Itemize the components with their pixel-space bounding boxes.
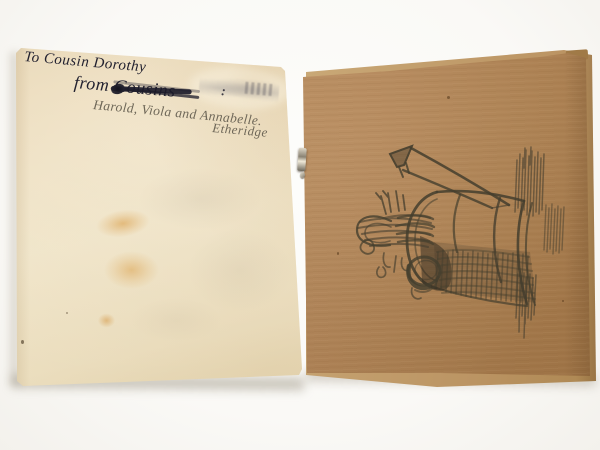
paper-fleck [562, 300, 564, 302]
rust-stain [95, 311, 118, 330]
paper-speck [21, 340, 24, 344]
ghost-impression [130, 298, 222, 342]
paper-fleck [337, 252, 339, 255]
photo-of-open-album: To Cousin Dorothy from Cousins : Harold,… [0, 0, 600, 450]
rust-stain [104, 251, 159, 289]
inscription-from: from [73, 72, 115, 95]
rust-stain [94, 206, 151, 240]
binding-staple [297, 148, 307, 172]
paper-speck [66, 312, 68, 314]
erased-writing-traces [245, 82, 276, 97]
binding-staple-end [300, 172, 305, 178]
paper-fleck [447, 96, 450, 99]
ghost-impression [138, 168, 262, 230]
ghost-impression [188, 228, 292, 312]
